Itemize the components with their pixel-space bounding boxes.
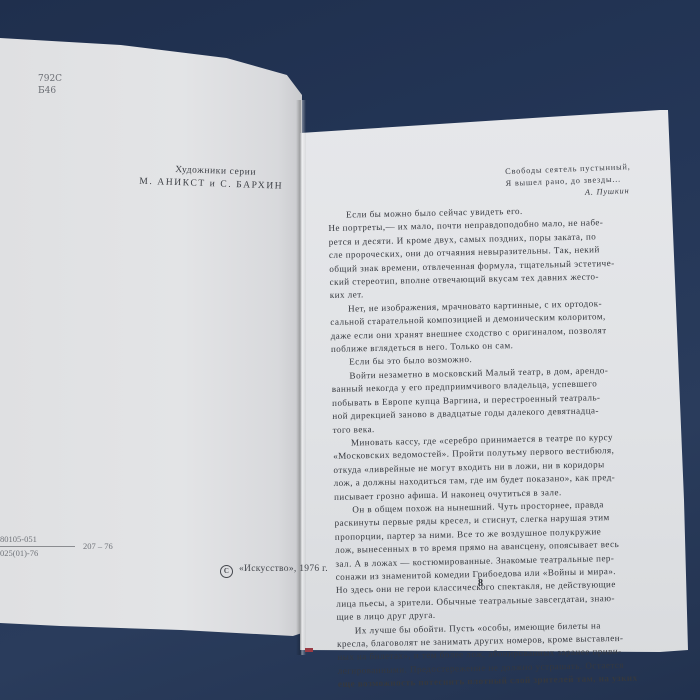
- copyright-text: «Искусство», 1976 г.: [239, 564, 328, 574]
- epigraph: Свободы сеятель пустынный, Я вышел рано,…: [505, 161, 632, 202]
- bib-suffix: 207 – 76: [83, 540, 113, 553]
- photo-scene: 792С Б46 Художники серии М. АНИКСТ и С. …: [0, 0, 700, 700]
- copyright-icon: C: [220, 565, 233, 578]
- left-page: [0, 0, 302, 700]
- series-artists: Художники серии М. АНИКСТ и С. БАРХИН: [147, 163, 284, 194]
- page-number: 8: [478, 578, 483, 589]
- copyright-line: C«Искусство», 1976 г.: [220, 564, 328, 578]
- classification-codes: 792С Б46: [38, 73, 62, 97]
- bib-denominator: 025(01)-76: [0, 547, 75, 560]
- bibliographic-code: 80105-051 025(01)-76 207 – 76: [0, 533, 113, 560]
- spine-binding: [305, 648, 313, 652]
- classification-code: 792С: [38, 73, 62, 85]
- body-text: Если бы можно было сейчас увидеть его.Не…: [328, 203, 638, 692]
- bib-numerator: 80105-051: [0, 533, 75, 547]
- classification-code: Б46: [38, 85, 62, 97]
